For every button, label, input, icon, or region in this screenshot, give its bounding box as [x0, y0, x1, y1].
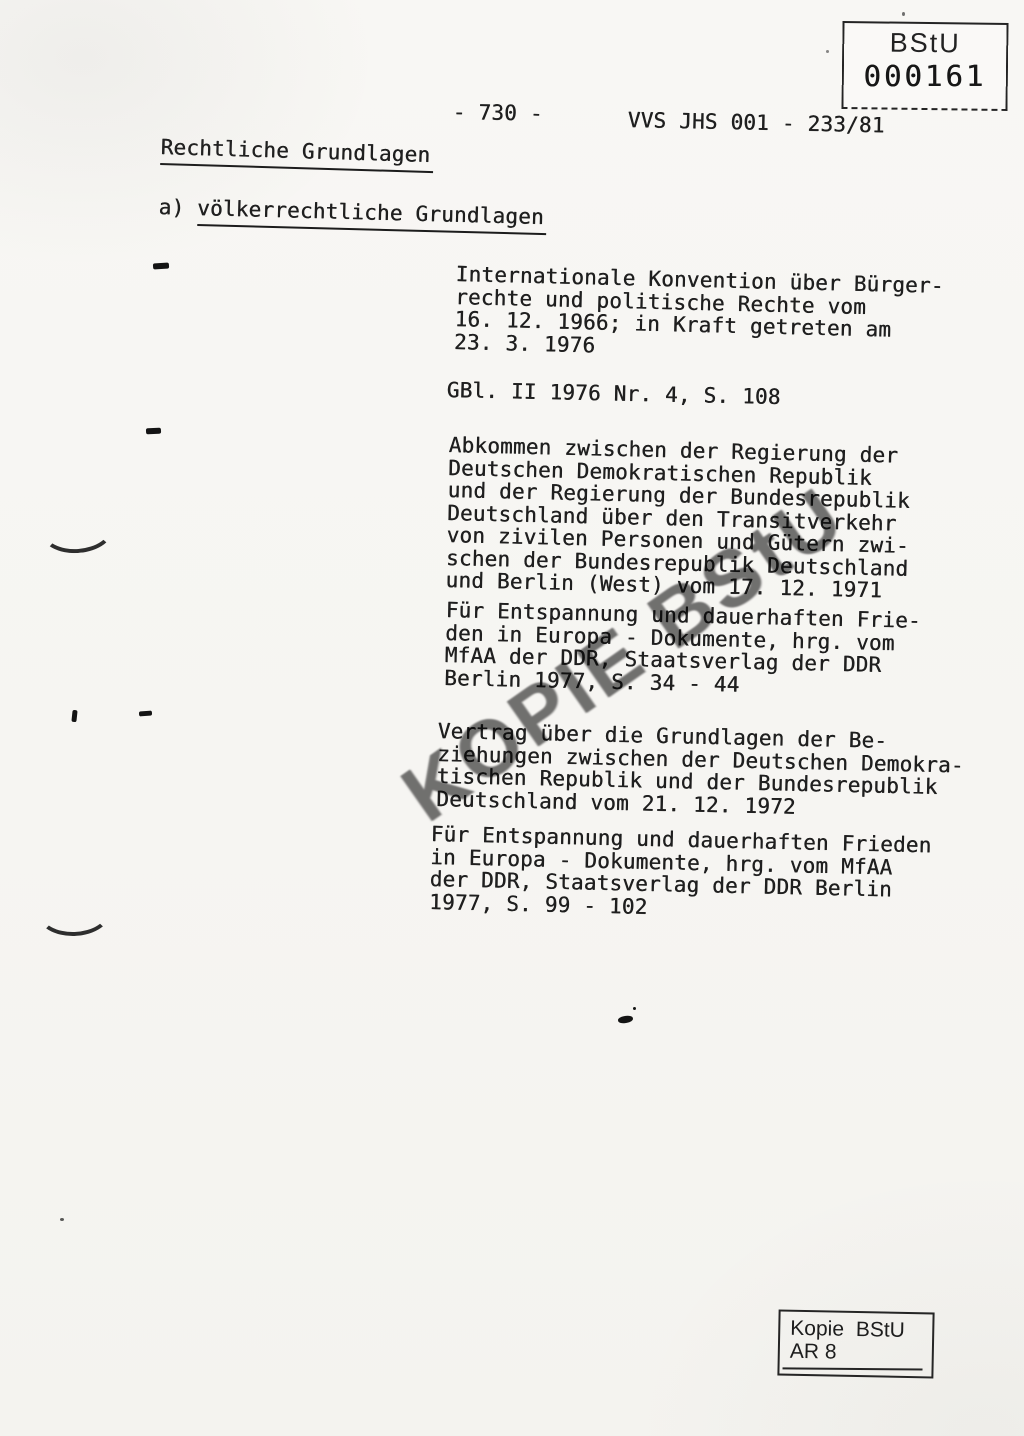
ink-speck-2: [826, 50, 829, 53]
footer-stamp-line1: Kopie BStU: [790, 1317, 932, 1343]
bstu-archive-stamp: BStU 000161: [841, 21, 1008, 111]
section-label: völkerrechtliche Grundlagen: [197, 197, 547, 235]
ink-blot: [618, 1015, 634, 1024]
margin-dash-3: [139, 711, 152, 717]
kopie-bstu-footer-stamp: Kopie BStU AR 8: [777, 1310, 934, 1379]
bstu-stamp-number: 000161: [844, 59, 1006, 93]
scanned-document-page: BStU 000161 - 730 - VVS JHS 001 - 233/81…: [0, 0, 1024, 1436]
ink-speck-4: [60, 1218, 64, 1221]
footer-stamp-line2: AR 8: [790, 1340, 932, 1366]
document-title: Rechtliche Grundlagen: [160, 136, 433, 173]
margin-dash-2: [146, 428, 161, 434]
ink-speck-1: [633, 1007, 636, 1010]
bstu-stamp-org: BStU: [844, 27, 1006, 60]
margin-tick: [71, 710, 77, 722]
footer-stamp-rule: [783, 1367, 923, 1370]
page-number: - 730 -: [453, 101, 543, 125]
entry-quelle-entspannung-2: Für Entspannung und dauerhaften Frieden …: [429, 823, 932, 924]
classification-reference: VVS JHS 001 - 233/81: [628, 109, 885, 137]
punch-hole-arc-bottom: [36, 887, 112, 938]
section-prefix: a): [158, 195, 184, 220]
punch-hole-arc-top: [38, 502, 115, 555]
section-spacer: [184, 196, 197, 220]
document-title-text: Rechtliche Grundlagen: [160, 136, 433, 173]
entry-gbl-quelle: GBl. II 1976 Nr. 4, S. 108: [447, 379, 781, 408]
margin-dash-1: [153, 262, 169, 269]
ink-speck-3: [902, 12, 905, 16]
entry-konvention-buergerrechte: Internationale Konvention über Bürger- r…: [454, 263, 944, 365]
section-heading: a) völkerrechtliche Grundlagen: [158, 196, 547, 235]
